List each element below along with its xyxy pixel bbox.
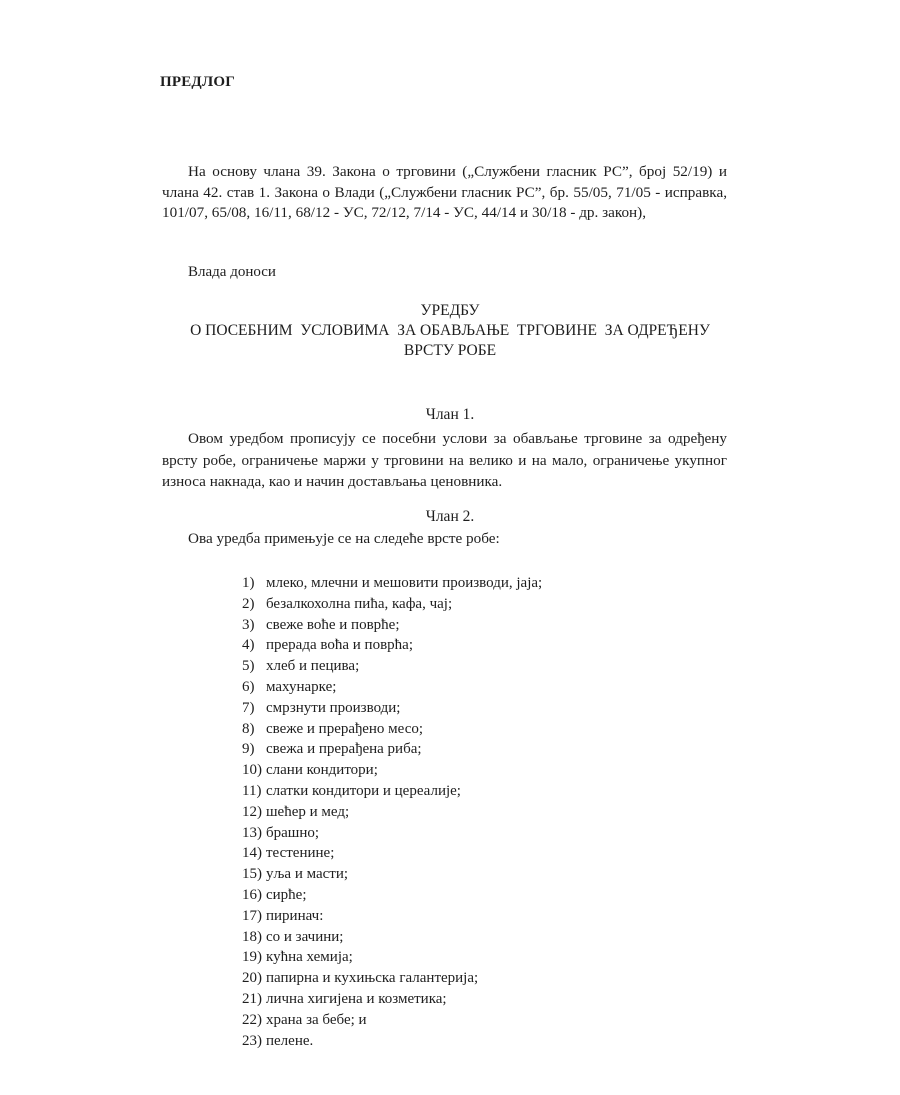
- article-1-text: Овом уредбом прописују се посебни услови…: [162, 430, 727, 490]
- proposal-label: ПРЕДЛОГ: [160, 74, 235, 91]
- list-item-number: 8): [242, 719, 266, 740]
- list-item-number: 12): [242, 802, 266, 823]
- list-item-text: слатки кондитори и цереалије;: [266, 781, 461, 802]
- list-item-text: шећер и мед;: [266, 802, 349, 823]
- list-item-text: со и зачини;: [266, 927, 343, 948]
- list-item: 5)хлеб и пецива;: [242, 656, 542, 677]
- legal-basis-paragraph: На основу члана 39. Закона о трговини („…: [162, 162, 727, 224]
- list-item: 21)лична хигијена и козметика;: [242, 989, 542, 1010]
- article-1-paragraph: Овом уредбом прописују се посебни услови…: [162, 428, 727, 493]
- list-item-text: храна за бебе; и: [266, 1010, 367, 1031]
- list-item: 23)пелене.: [242, 1031, 542, 1052]
- goods-list: 1)млеко, млечни и мешовити производи, ја…: [242, 573, 542, 1051]
- list-item-number: 3): [242, 615, 266, 636]
- list-item-text: кућна хемија;: [266, 947, 353, 968]
- list-item-text: сирће;: [266, 885, 307, 906]
- list-item-text: уља и масти;: [266, 864, 348, 885]
- list-item: 13)брашно;: [242, 823, 542, 844]
- list-item: 6)махунарке;: [242, 677, 542, 698]
- article-2-intro: Ова уредба примењује се на следеће врсте…: [188, 530, 500, 548]
- list-item-text: свеже и прерађено месо;: [266, 719, 423, 740]
- list-item-number: 1): [242, 573, 266, 594]
- list-item-text: прерада воћа и поврћа;: [266, 635, 413, 656]
- list-item-text: брашно;: [266, 823, 319, 844]
- list-item-number: 6): [242, 677, 266, 698]
- list-item-number: 18): [242, 927, 266, 948]
- list-item-number: 4): [242, 635, 266, 656]
- legal-basis-text: На основу члана 39. Закона о трговини („…: [162, 163, 727, 221]
- article-2-heading: Члан 2.: [150, 508, 750, 526]
- list-item: 9)свежа и прерађена риба;: [242, 739, 542, 760]
- list-item-number: 15): [242, 864, 266, 885]
- regulation-title-line1: УРЕДБУ: [150, 301, 750, 321]
- list-item: 16)сирће;: [242, 885, 542, 906]
- regulation-title-line2: О ПОСЕБНИМ УСЛОВИМА ЗА ОБАВЉАЊЕ ТРГОВИНЕ…: [150, 321, 750, 341]
- list-item-number: 23): [242, 1031, 266, 1052]
- list-item-text: свежа и прерађена риба;: [266, 739, 422, 760]
- list-item-number: 9): [242, 739, 266, 760]
- list-item: 18)со и зачини;: [242, 927, 542, 948]
- list-item: 19)кућна хемија;: [242, 947, 542, 968]
- list-item: 10)слани кондитори;: [242, 760, 542, 781]
- list-item-number: 7): [242, 698, 266, 719]
- list-item: 3)свеже воће и поврће;: [242, 615, 542, 636]
- list-item: 20)папирна и кухињска галантерија;: [242, 968, 542, 989]
- government-adopts-line: Влада доноси: [188, 264, 276, 281]
- list-item-text: пелене.: [266, 1031, 313, 1052]
- regulation-title-line3: ВРСТУ РОБЕ: [150, 341, 750, 361]
- article-1-heading: Члан 1.: [150, 406, 750, 424]
- list-item-text: смрзнути производи;: [266, 698, 400, 719]
- list-item: 4)прерада воћа и поврћа;: [242, 635, 542, 656]
- list-item: 11)слатки кондитори и цереалије;: [242, 781, 542, 802]
- list-item-text: папирна и кухињска галантерија;: [266, 968, 478, 989]
- list-item-number: 21): [242, 989, 266, 1010]
- list-item-number: 5): [242, 656, 266, 677]
- list-item: 15)уља и масти;: [242, 864, 542, 885]
- list-item: 7)смрзнути производи;: [242, 698, 542, 719]
- regulation-title: УРЕДБУ О ПОСЕБНИМ УСЛОВИМА ЗА ОБАВЉАЊЕ Т…: [150, 301, 750, 361]
- list-item: 14)тестенине;: [242, 843, 542, 864]
- list-item-number: 10): [242, 760, 266, 781]
- list-item-number: 2): [242, 594, 266, 615]
- list-item-number: 19): [242, 947, 266, 968]
- list-item: 8)свеже и прерађено месо;: [242, 719, 542, 740]
- list-item: 12)шећер и мед;: [242, 802, 542, 823]
- list-item-text: слани кондитори;: [266, 760, 378, 781]
- list-item-text: тестенине;: [266, 843, 334, 864]
- list-item-number: 17): [242, 906, 266, 927]
- list-item-number: 16): [242, 885, 266, 906]
- list-item: 22)храна за бебе; и: [242, 1010, 542, 1031]
- list-item-text: млеко, млечни и мешовити производи, јаја…: [266, 573, 542, 594]
- list-item-text: махунарке;: [266, 677, 336, 698]
- list-item-number: 11): [242, 781, 266, 802]
- list-item-text: свеже воће и поврће;: [266, 615, 399, 636]
- list-item-text: лична хигијена и козметика;: [266, 989, 447, 1010]
- document-page: ПРЕДЛОГ На основу члана 39. Закона о трг…: [0, 0, 900, 1095]
- list-item-text: хлеб и пецива;: [266, 656, 359, 677]
- list-item-text: безалкохолна пића, кафа, чај;: [266, 594, 452, 615]
- list-item-number: 20): [242, 968, 266, 989]
- list-item-number: 13): [242, 823, 266, 844]
- list-item-number: 22): [242, 1010, 266, 1031]
- list-item: 17)пиринач:: [242, 906, 542, 927]
- list-item: 1)млеко, млечни и мешовити производи, ја…: [242, 573, 542, 594]
- list-item: 2)безалкохолна пића, кафа, чај;: [242, 594, 542, 615]
- list-item-number: 14): [242, 843, 266, 864]
- list-item-text: пиринач:: [266, 906, 323, 927]
